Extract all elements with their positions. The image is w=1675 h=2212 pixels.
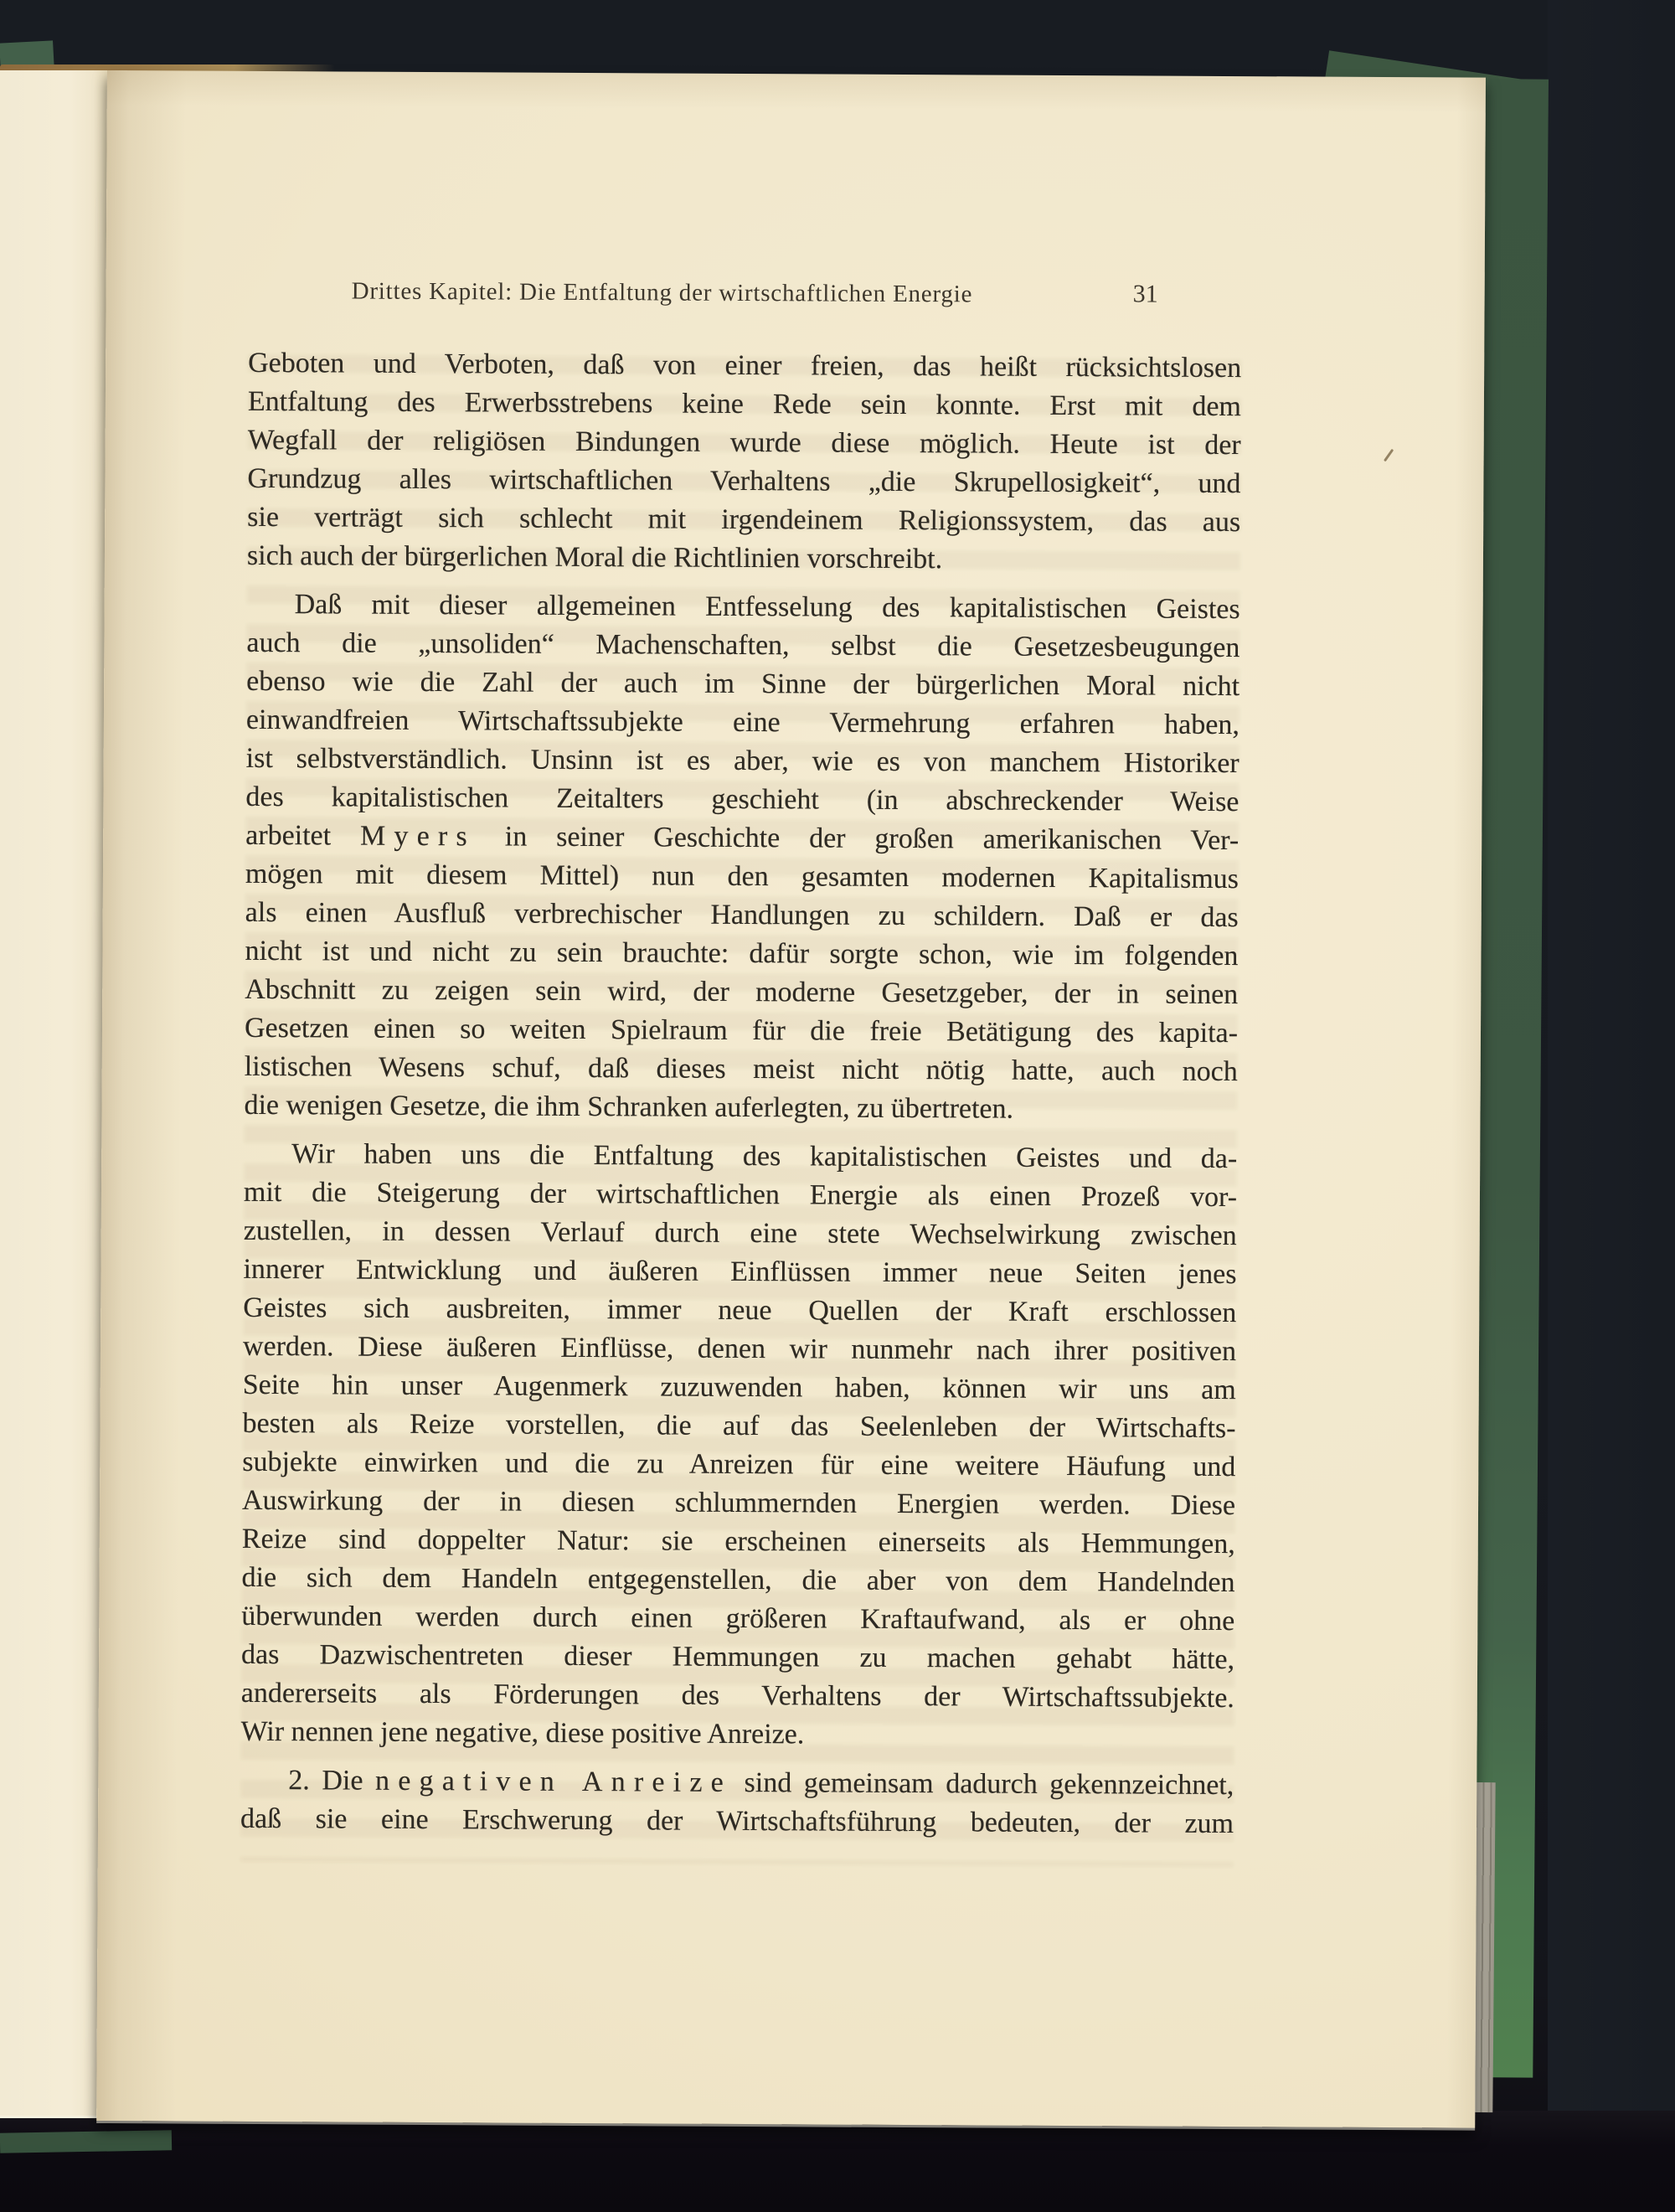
body-text: Geboten und Verboten, daß von einer frei…	[240, 344, 1241, 1843]
text-line: mit die Steigerung der wirtschaftlichen …	[244, 1173, 1237, 1217]
text-line: innerer Entwicklung und äußeren Einflüss…	[243, 1250, 1236, 1294]
book-page: Drittes Kapitel: Die Entfaltung der wirt…	[96, 70, 1486, 2128]
text-line: überwunden werden durch einen größeren K…	[241, 1597, 1234, 1641]
text-line: auch die „unsoliden“ Machenschaften, sel…	[246, 624, 1239, 668]
text-line: daß sie eine Erschwerung der Wirtschafts…	[240, 1800, 1234, 1843]
page-number: 31	[1133, 280, 1158, 308]
text-line: listischen Wesens schuf, daß dieses meis…	[245, 1048, 1238, 1091]
text-line: werden. Diese äußeren Einflüsse, denen w…	[243, 1328, 1236, 1371]
text-segment: arbeitet	[245, 820, 360, 852]
text-line: das Dazwischentreten dieser Hemmungen zu…	[241, 1636, 1234, 1679]
text-line: Wir haben uns die Entfaltung des kapital…	[244, 1135, 1237, 1178]
photo-background-right	[1548, 0, 1675, 2212]
text-line: Grundzug alles wirtschaftlichen Verhalte…	[247, 460, 1240, 503]
text-line: subjekte einwirken und die zu Anreizen f…	[242, 1443, 1235, 1487]
text-line: 2. Die negativen Anreize sind gemeinsam …	[240, 1761, 1234, 1805]
text-line: andererseits als Förderungen des Verhalt…	[241, 1674, 1234, 1718]
text-line: Entfaltung des Erwerbsstrebens keine Red…	[248, 383, 1241, 426]
book-cover-cloth-bottom-left	[0, 2130, 172, 2153]
text-line: Abschnitt zu zeigen sein wird, der moder…	[245, 971, 1238, 1014]
text-line: mögen mit diesem Mittel) nun den gesamte…	[245, 855, 1239, 899]
text-line: Wegfall der religiösen Bindungen wurde d…	[248, 421, 1241, 465]
text-line: Geistes sich ausbreiten, immer neue Quel…	[243, 1289, 1236, 1333]
paragraph: Geboten und Verboten, daß von einer frei…	[247, 344, 1241, 580]
text-line: einwandfreien Wirtschaftssubjekte eine V…	[246, 701, 1239, 745]
text-segment: in seiner Geschichte der großen amerikan…	[476, 821, 1239, 856]
paragraph: Daß mit dieser allgemeinen Entfesselung …	[244, 585, 1239, 1130]
text-line: Daß mit dieser allgemeinen Entfesselung …	[247, 585, 1240, 629]
text-line: die sich dem Handeln entgegenstellen, di…	[241, 1559, 1234, 1602]
text-line: Wir nennen jene negative, diese positive…	[240, 1713, 1234, 1756]
book-photo: Drittes Kapitel: Die Entfaltung der wirt…	[0, 0, 1675, 2212]
text-line: sie verträgt sich schlecht mit irgendein…	[247, 498, 1240, 542]
text-line: Reize sind doppelter Natur: sie erschein…	[242, 1520, 1235, 1564]
running-header-title: Drittes Kapitel: Die Entfaltung der wirt…	[352, 278, 973, 309]
text-line: zustellen, in dessen Verlauf durch eine …	[244, 1212, 1237, 1256]
text-line: Seite hin unser Augenmerk zuzuwenden hab…	[243, 1366, 1236, 1410]
text-line: des kapitalistischen Zeitalters geschieh…	[245, 778, 1239, 822]
emphasized-text: Myers	[360, 821, 476, 853]
text-line: arbeitet Myers in seiner Geschichte der …	[245, 817, 1239, 860]
text-line: als einen Ausfluß verbrechischer Handlun…	[245, 894, 1239, 937]
text-line: Gesetzen einen so weiten Spielraum für d…	[245, 1009, 1238, 1053]
text-segment: 2. Die	[288, 1765, 375, 1797]
text-segment: sind gemeinsam dadurch gekennzeichnet,	[732, 1767, 1234, 1801]
paragraph: Wir haben uns die Entfaltung des kapital…	[240, 1135, 1237, 1756]
text-line: Auswirkung der in diesen schlummernden E…	[242, 1482, 1235, 1525]
paragraph: 2. Die negativen Anreize sind gemeinsam …	[240, 1761, 1234, 1843]
paper-blemish	[1384, 449, 1394, 462]
text-line: ebenso wie die Zahl der auch im Sinne de…	[246, 663, 1239, 706]
text-line: die wenigen Gesetze, die ihm Schranken a…	[244, 1086, 1237, 1130]
text-line: sich auch der bürgerlichen Moral die Ric…	[247, 537, 1240, 580]
text-line: Geboten und Verboten, daß von einer frei…	[248, 344, 1241, 388]
text-line: ist selbstverständlich. Unsinn ist es ab…	[246, 740, 1239, 783]
text-line: besten als Reize vorstellen, die auf das…	[242, 1405, 1235, 1448]
emphasized-text: negativen Anreize	[375, 1766, 732, 1798]
text-line: nicht ist und nicht zu sein brauchte: da…	[245, 932, 1238, 976]
